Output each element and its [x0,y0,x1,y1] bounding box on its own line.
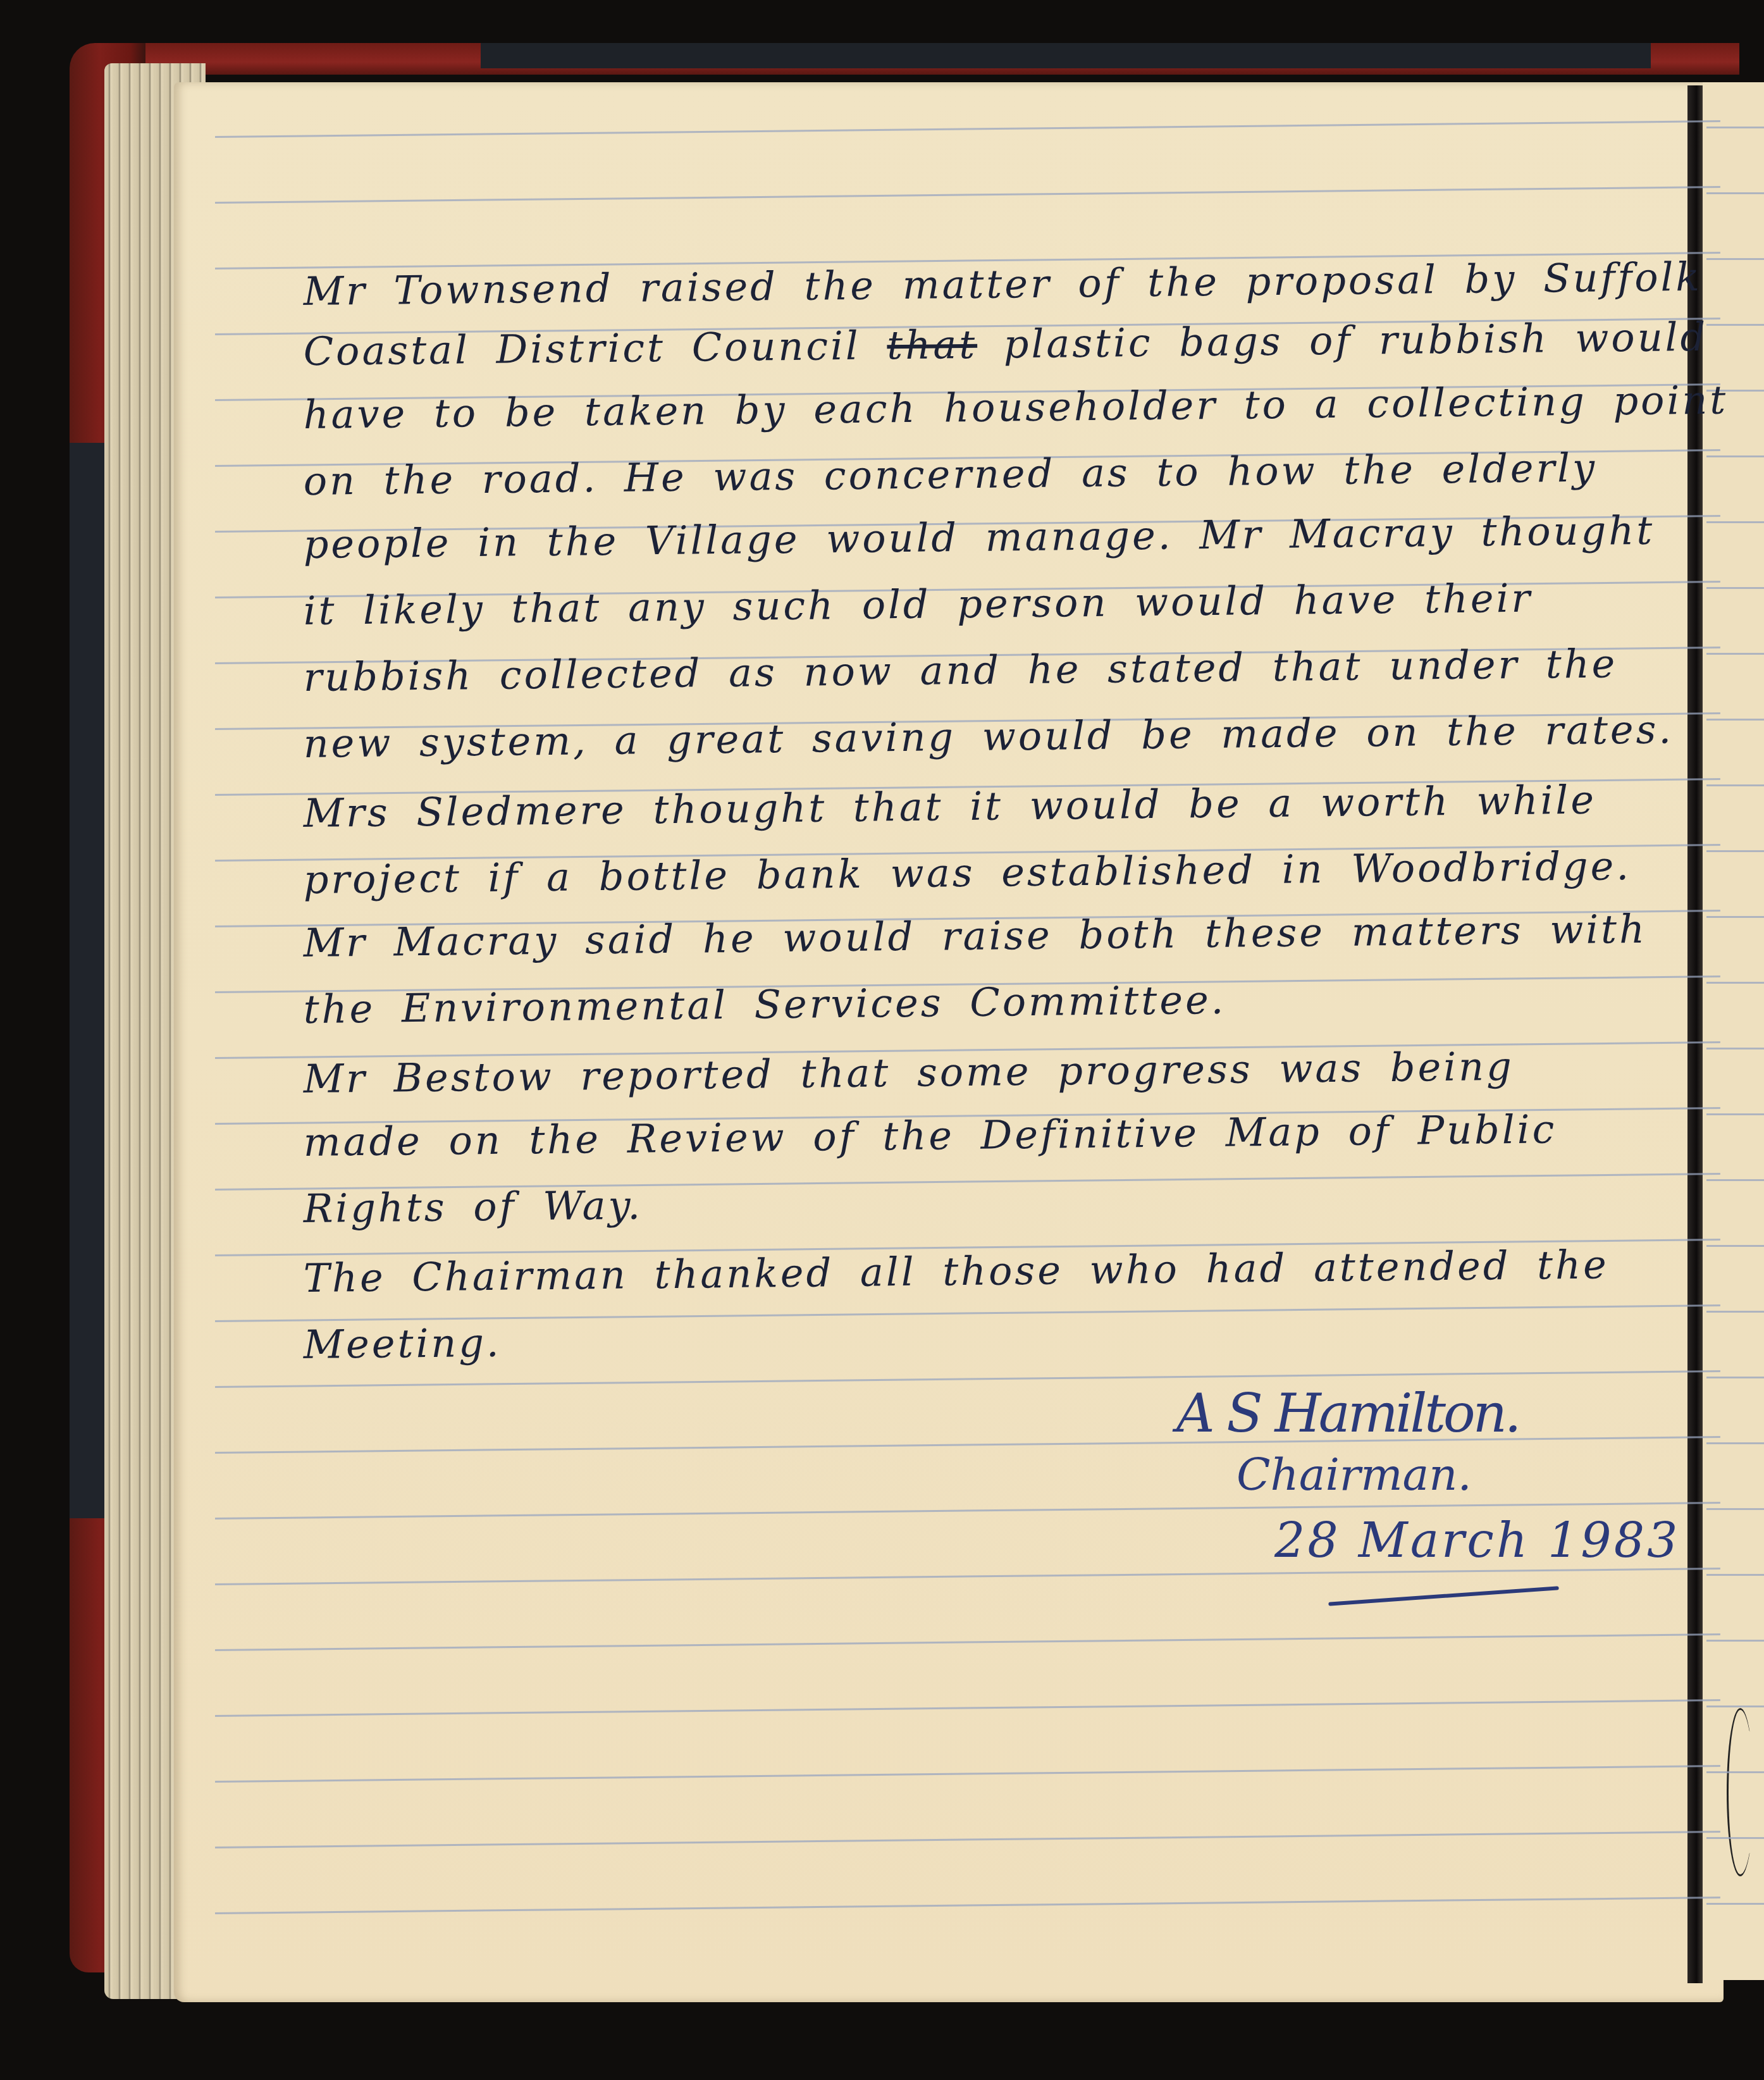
adjacent-ruled-line [1706,324,1764,326]
adjacent-ruled-line [1706,850,1764,852]
book-spine-cloth [481,43,1651,68]
book-gutter [1687,85,1703,1983]
adjacent-ruled-line [1706,1771,1764,1773]
adjacent-ruled-line [1706,1705,1764,1707]
adjacent-ruled-line [1706,258,1764,260]
adjacent-ruled-line [1706,784,1764,786]
adjacent-ruled-line [1706,1903,1764,1905]
adjacent-page-handwriting [1727,1708,1754,1876]
adjacent-ruled-line [1706,521,1764,523]
adjacent-ruled-line [1706,719,1764,721]
adjacent-ruled-line [1706,982,1764,984]
signature-title: Chairman. [1237,1449,1472,1501]
adjacent-ruled-line [1706,127,1764,128]
adjacent-ruled-line [1706,1311,1764,1313]
adjacent-ruled-line [1706,1442,1764,1444]
adjacent-page [1703,82,1764,1980]
adjacent-ruled-line [1706,1048,1764,1049]
adjacent-ruled-line [1706,1113,1764,1115]
adjacent-ruled-line [1706,192,1764,194]
struck-word: that [887,321,977,368]
adjacent-ruled-line [1706,455,1764,457]
signature-date: 28 March 1983 [1274,1512,1680,1568]
adjacent-ruled-line [1706,653,1764,655]
adjacent-ruled-line [1706,1179,1764,1181]
adjacent-ruled-line [1706,1574,1764,1576]
adjacent-ruled-line [1706,916,1764,918]
adjacent-ruled-line [1706,1508,1764,1510]
adjacent-ruled-line [1706,1245,1764,1247]
adjacent-ruled-line [1706,1837,1764,1839]
book-cover-cloth-left [70,443,108,1518]
adjacent-ruled-line [1706,1640,1764,1642]
adjacent-ruled-line [1706,587,1764,589]
adjacent-ruled-line [1706,1377,1764,1378]
chairman-signature: A S Hamilton. [1176,1382,1519,1444]
